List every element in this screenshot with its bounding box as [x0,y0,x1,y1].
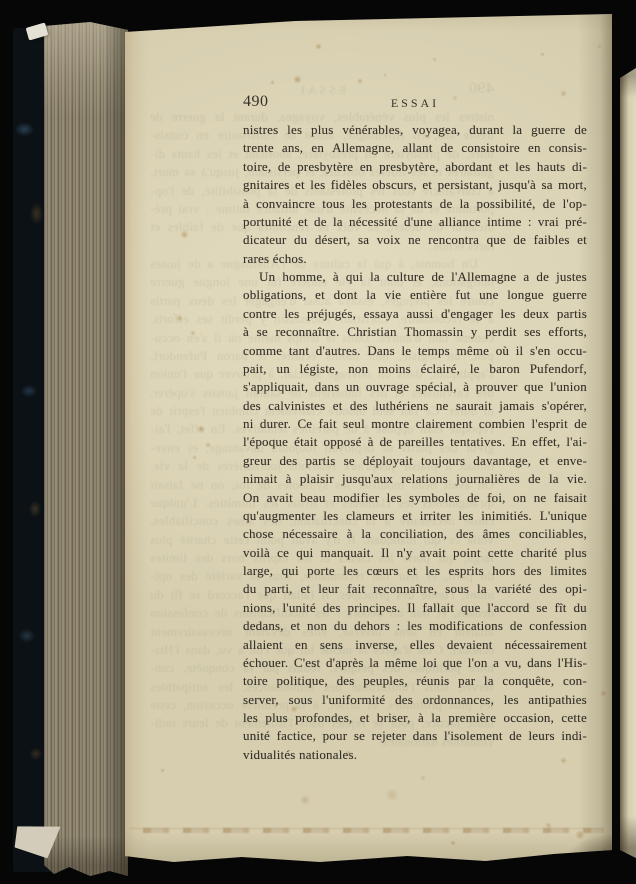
foxing-spot [270,80,275,85]
text-line: nimaitàplaisirjusqu'auxrelationsjournali… [243,471,587,489]
page-inner: 490 ESSAI nistreslesplusvénérables,voyag… [125,93,612,765]
text-line: échouer.C'estd'aprèslamêmeloiquel'onavu,… [243,655,587,673]
text-line: nions,l'unitédesprincipes.Ilfallaitquel'… [243,600,587,618]
text-line: obligations,etdontlavieentièrefutunelong… [243,287,587,305]
foxing-spot [300,795,310,805]
page-number: 490 [243,93,269,111]
text-line: nistreslesplusvénérables,voyagea,durantl… [243,122,587,140]
text-line: rareséchos. [243,251,587,269]
text-line: dicateurdudésert,savoixnerencontraquedef… [243,232,587,250]
text-line: trenteans,enAllemagne,allantdeconsistoir… [243,140,587,158]
text-line: unitéfactice,pourserejeterdansl'isolemen… [243,728,587,746]
paragraph: Unhomme,àquilaculturedel'Allemagneadejus… [243,269,587,765]
text-line: l'époqueétaitopposéàdepareillestentative… [243,434,587,452]
text-line: pait,unlégiste,nonmoinséclairé,lebaronPu… [243,361,587,379]
foxing-spot [540,52,545,57]
page-header: 490 ESSAI [243,93,587,111]
text-line: server,sousl'uniformitédesordonnances,le… [243,692,587,710]
foxing-spot [432,57,437,62]
text-line: qu'augmenterlesclameursetirriterlesinimi… [243,508,587,526]
text-line: àsereconnaître.ChristianThomassinyperdit… [243,324,587,342]
text-line: portunitéetdelanécessitéd'uneallianceint… [243,214,587,232]
foxing-spot [597,44,602,49]
text-line: allaientensensinverse,ellesdevaientnéces… [243,637,587,655]
foxing-spot [383,73,387,77]
text-line: Unhomme,àquilaculturedel'Allemagneadejus… [243,269,587,287]
text-line: descalvinistesetdesluthériensnesauraitja… [243,398,587,416]
book-scan: 490 ESSAI nistreslesplusvénérables,voyag… [0,0,636,884]
foxing-spot [160,768,165,773]
text-line: chosenécessaireàlaconciliation,desâmesco… [243,526,587,544]
foxing-spot [293,75,302,84]
foxing-spot [420,775,426,781]
text-line: àconvaincretouslesprotestantsdelapossibi… [243,196,587,214]
text-line: toirepolitique,despeuples,réunisparlacon… [243,673,587,691]
running-title: ESSAI [391,93,439,111]
foxing-spot [315,43,322,50]
facing-page-sliver [620,68,636,858]
text-line: gnitairesetlesfidèlesobscurs,etpersistan… [243,177,587,195]
text-line: commetantd'autres.Dansletempsmêmeoùils'e… [243,343,587,361]
text-line: vidualitésnationales. [243,747,587,765]
text-line: nidurer.Cefaitseulmontreclairementcombie… [243,416,587,434]
text-line: large,quiportelescœursetlesespritshorsde… [243,563,587,581]
text-line: duparti,etleurfaitreconnaître,souslavari… [243,581,587,599]
scanned-page: 490 ESSAI nistreslesplusvénérables,voyag… [125,14,612,862]
text-line: lesplusprofondes,etbriser,àlapremièreocc… [243,710,587,728]
page-edge-stack [44,22,128,876]
text-block: nistreslesplusvénérables,voyagea,durantl… [243,122,587,765]
text-line: Onavaitbeaumodifierlessymbolesdefoi,onne… [243,490,587,508]
text-line: voilàcequimanquait.Iln'yavaitpointcettec… [243,545,587,563]
paragraph: nistreslesplusvénérables,voyagea,durantl… [243,122,587,269]
text-line: s'appliquait,dansunouvragespécial,àprouv… [243,379,587,397]
text-line: toire,depresbytèreenpresbytère,abordante… [243,159,587,177]
page-corner-shadow [566,834,612,862]
foxing-spot [357,78,363,84]
text-line: contrelespréjugés,essayaaussid'engagerle… [243,306,587,324]
text-line: dedans,etnondudehors:lesmodificationsdec… [243,618,587,636]
crease-stain [129,828,604,833]
text-line: greurdespartissedéployaittoujoursdavanta… [243,453,587,471]
foxing-spot [385,788,399,802]
foxing-spot [450,840,456,846]
